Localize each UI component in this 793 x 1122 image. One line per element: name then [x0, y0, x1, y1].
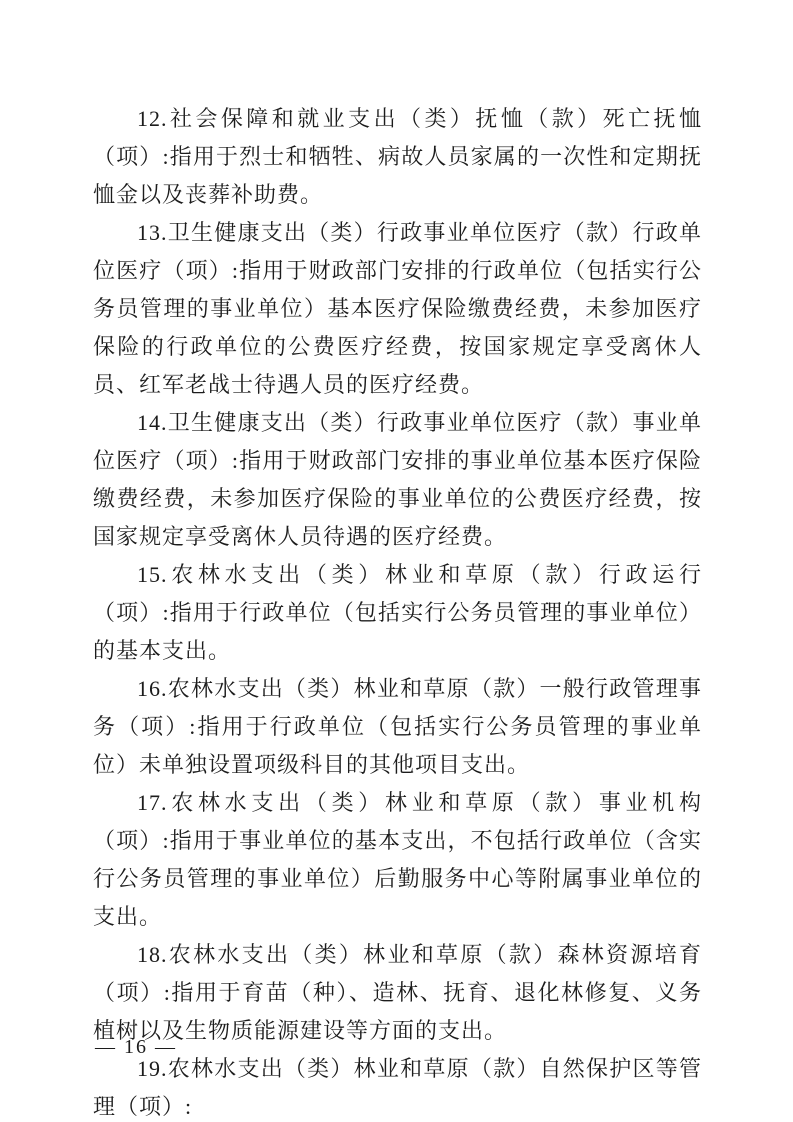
paragraph-13: 13.卫生健康支出（类）行政事业单位医疗（款）行政单位医疗（项）:指用于财政部门… [93, 214, 702, 404]
paragraph-18: 18.农林水支出（类）林业和草原（款）森林资源培育（项）:指用于育苗（种）、造林… [93, 936, 702, 1050]
paragraph-16: 16.农林水支出（类）林业和草原（款）一般行政管理事务（项）:指用于行政单位（包… [93, 670, 702, 784]
paragraph-17: 17.农林水支出（类）林业和草原（款）事业机构（项）:指用于事业单位的基本支出，… [93, 784, 702, 936]
paragraph-15: 15.农林水支出（类）林业和草原（款）行政运行（项）:指用于行政单位（包括实行公… [93, 556, 702, 670]
paragraph-14: 14.卫生健康支出（类）行政事业单位医疗（款）事业单位医疗（项）:指用于财政部门… [93, 404, 702, 556]
paragraph-12: 12.社会保障和就业支出（类）抚恤（款）死亡抚恤（项）:指用于烈士和牺牲、病故人… [93, 100, 702, 214]
page-number: — 16 — [95, 1036, 177, 1059]
document-body: 12.社会保障和就业支出（类）抚恤（款）死亡抚恤（项）:指用于烈士和牺牲、病故人… [93, 100, 702, 1122]
document-page: 12.社会保障和就业支出（类）抚恤（款）死亡抚恤（项）:指用于烈士和牺牲、病故人… [0, 0, 793, 1122]
paragraph-19: 19.农林水支出（类）林业和草原（款）自然保护区等管理（项）: [93, 1050, 702, 1122]
